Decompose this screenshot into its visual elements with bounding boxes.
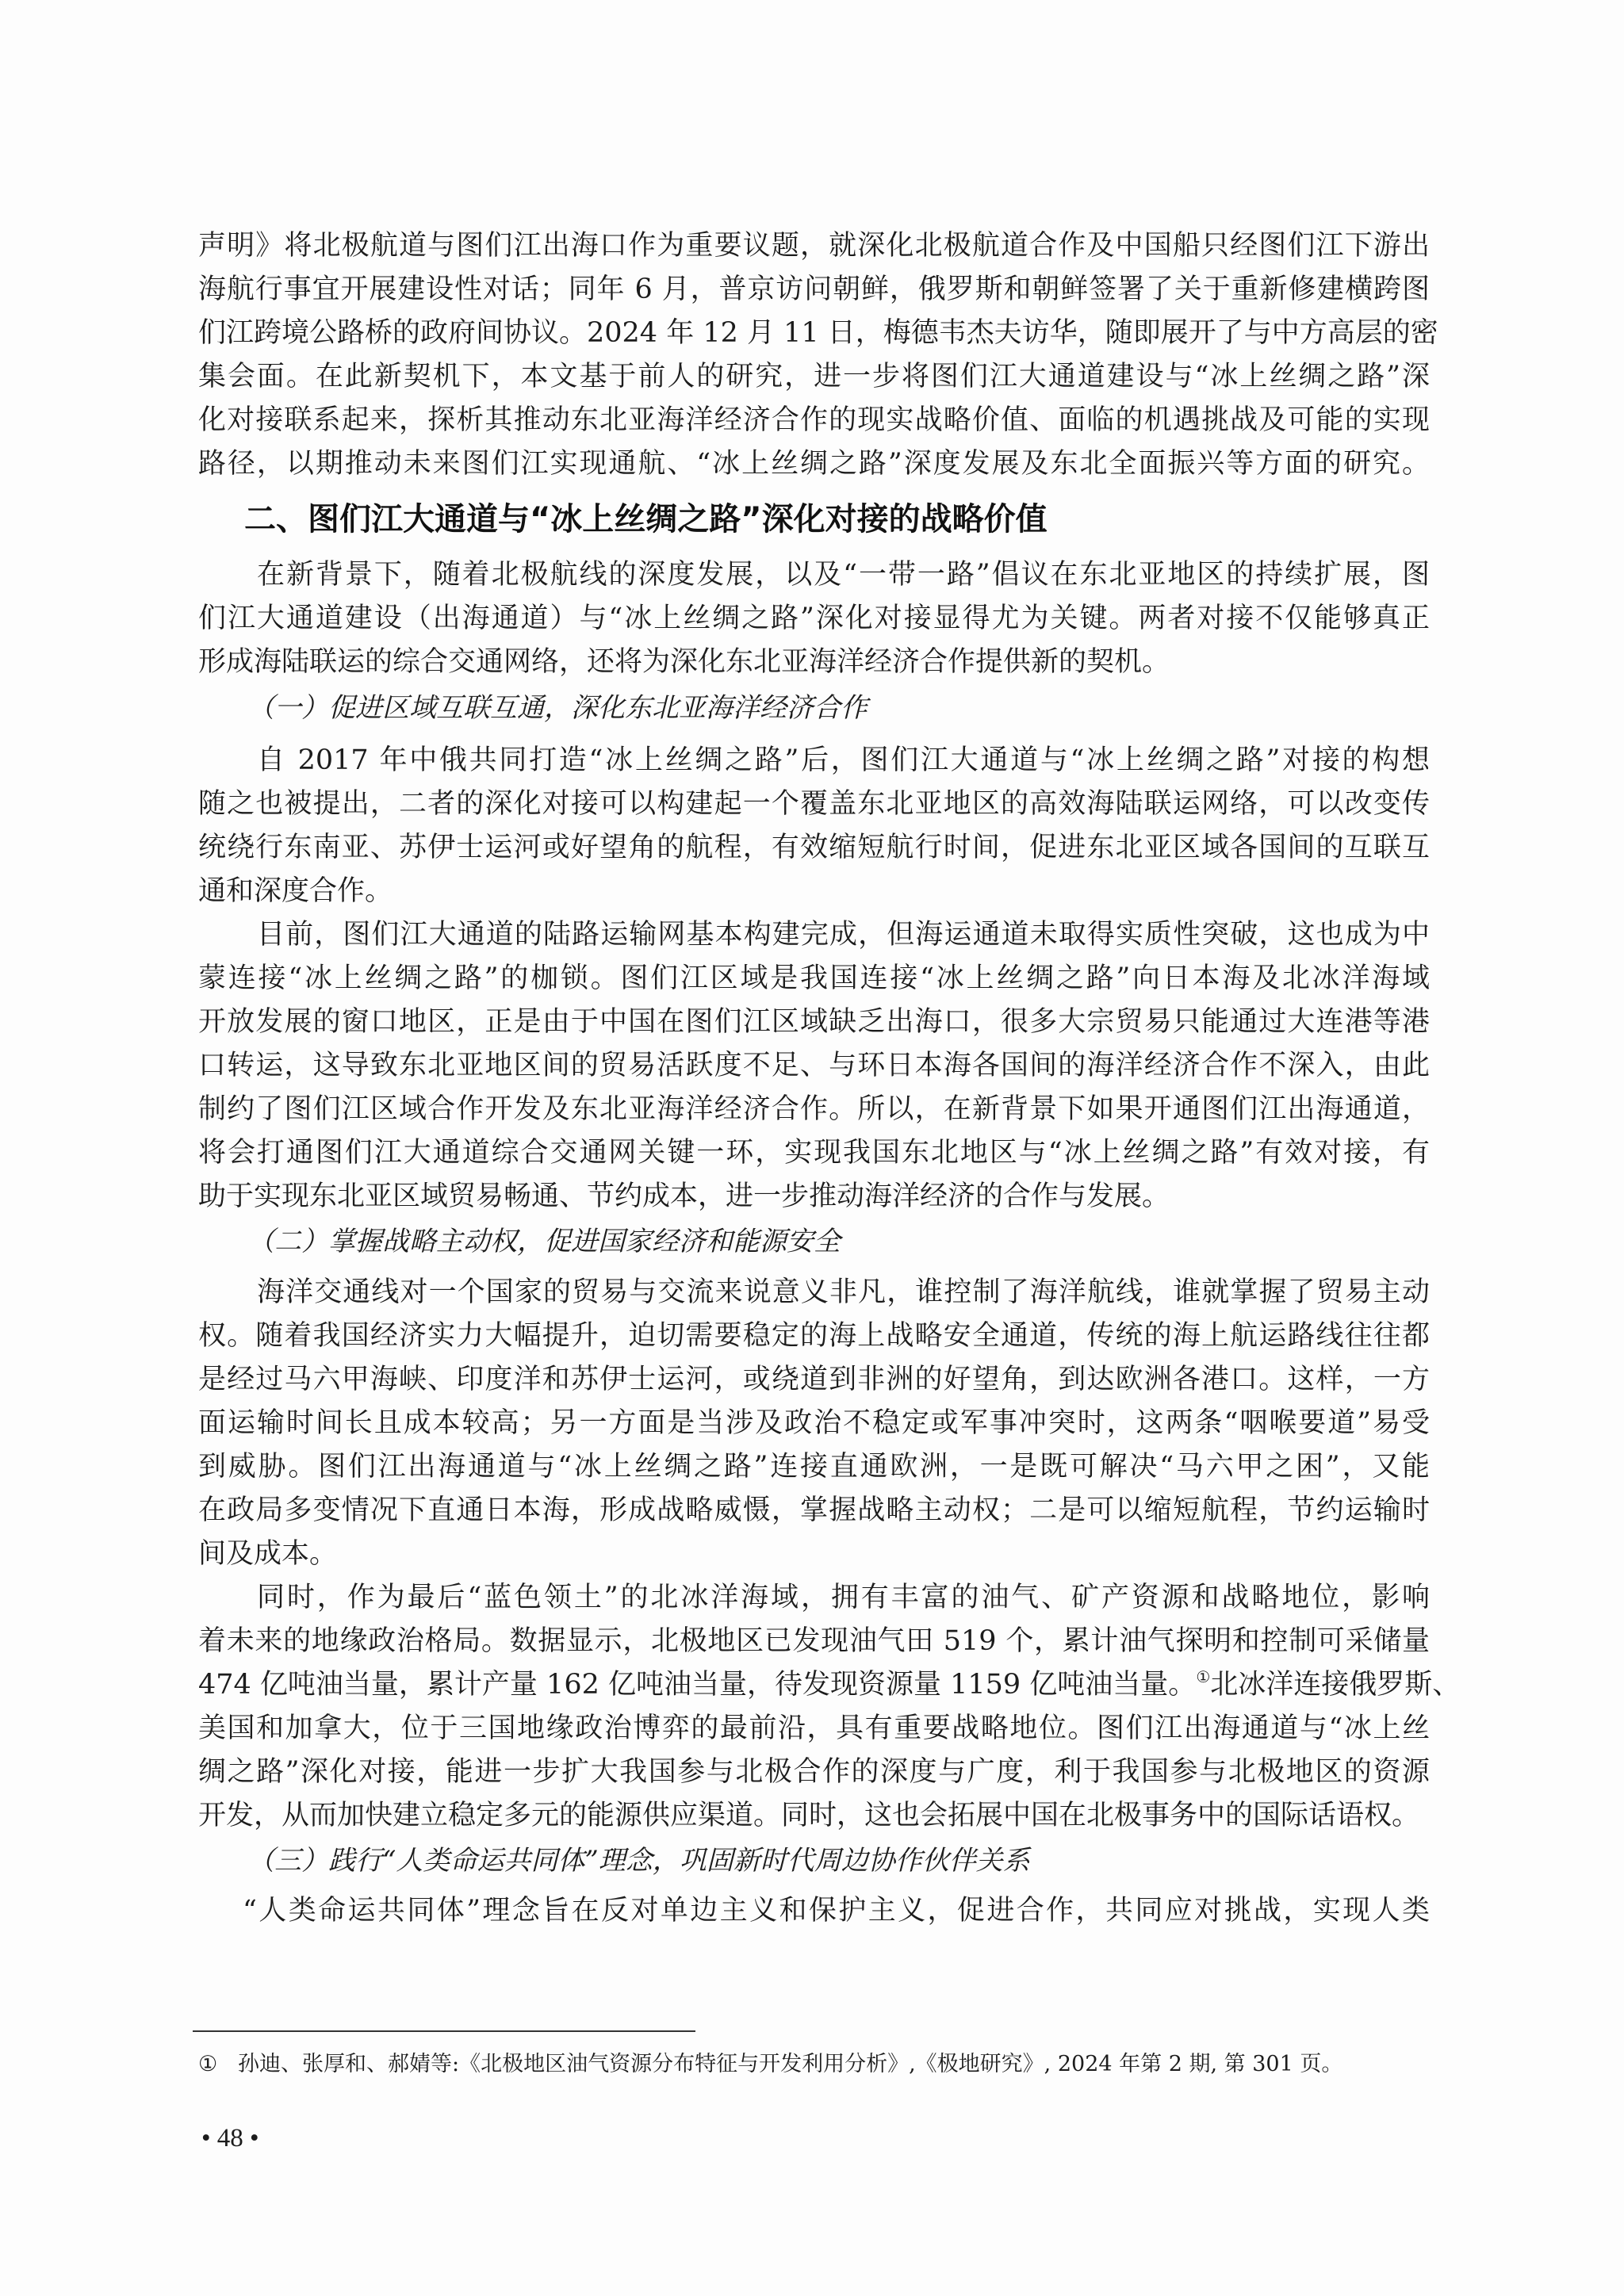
- text-line: 着未来的地缘政治格局。数据显示，北极地区已发现油气田 519 个，累计油气探明和…: [198, 1620, 1430, 1663]
- text-line: 助于实现东北亚区域贸易畅通、节约成本，进一步推动海洋经济的合作与发展。: [198, 1175, 1430, 1219]
- text-line: 是经过马六甲海峡、印度洋和苏伊士运河，或绕道到非洲的好望角，到达欧洲各港口。这样…: [198, 1358, 1430, 1402]
- subsection-heading: （一）促进区域互联互通，深化东北亚海洋经济合作: [247, 687, 868, 730]
- text-line: 随之也被提出，二者的深化对接可以构建起一个覆盖东北亚地区的高效海陆联运网络，可以…: [198, 783, 1430, 826]
- footnote-marker: ①: [198, 2047, 238, 2082]
- document-page: 声明》将北极航道与图们江出海口作为重要议题，就深化北极航道合作及中国船只经图们江…: [0, 0, 1624, 2296]
- text-line: 开发，从而加快建立稳定多元的能源供应渠道。同时，这也会拓展中国在北极事务中的国际…: [198, 1794, 1430, 1838]
- text-line: 间及成本。: [198, 1533, 1430, 1576]
- text-line: 到威胁。图们江出海通道与“冰上丝绸之路”连接直通欧洲，一是既可解决“马六甲之困”…: [198, 1445, 1430, 1489]
- page-number: • 48 •: [201, 2121, 259, 2156]
- section-heading: 二、图们江大通道与“冰上丝绸之路”深化对接的战略价值: [244, 496, 1048, 543]
- text-line: 将会打通图们江大通道综合交通网关键一环，实现我国东北地区与“冰上丝绸之路”有效对…: [198, 1131, 1430, 1175]
- text-line: 形成海陆联运的综合交通网络，还将为深化东北亚海洋经济合作提供新的契机。: [198, 641, 1430, 684]
- text-line: 474 亿吨油当量，累计产量 162 亿吨油当量，待发现资源量 1159 亿吨油…: [198, 1663, 1430, 1707]
- text-line: 化对接联系起来，探析其推动东北亚海洋经济合作的现实战略价值、面临的机遇挑战及可能…: [198, 399, 1430, 442]
- text-line: 面运输时间长且成本较高；另一方面是当涉及政治不稳定或军事冲突时，这两条“咽喉要道…: [198, 1402, 1430, 1445]
- footnote-text: 孙迪、张厚和、郝婧等:《北极地区油气资源分布特征与开发利用分析》,《极地研究》,…: [238, 2052, 1342, 2076]
- text-line: 海航行事宜开展建设性对话；同年 6 月，普京访问朝鲜，俄罗斯和朝鲜签署了关于重新…: [198, 268, 1430, 312]
- text-line: 同时，作为最后“蓝色领土”的北冰洋海域，拥有丰富的油气、矿产资源和战略地位，影响: [198, 1576, 1430, 1620]
- text-line: 在政局多变情况下直通日本海，形成战略威慑，掌握战略主动权；二是可以缩短航程，节约…: [198, 1489, 1430, 1533]
- footnote-reference-marker[interactable]: ①: [1196, 1667, 1210, 1686]
- text-line: 蒙连接“冰上丝绸之路”的枷锁。图们江区域是我国连接“冰上丝绸之路”向日本海及北冰…: [198, 957, 1430, 1001]
- subsection-heading: （二）掌握战略主动权，促进国家经济和能源安全: [247, 1220, 841, 1264]
- text-line: 自 2017 年中俄共同打造“冰上丝绸之路”后，图们江大通道与“冰上丝绸之路”对…: [198, 739, 1430, 783]
- footnote: ①孙迪、张厚和、郝婧等:《北极地区油气资源分布特征与开发利用分析》,《极地研究》…: [198, 2047, 1435, 2082]
- text-line: 路径，以期推动未来图们江实现通航、“冰上丝绸之路”深度发展及东北全面振兴等方面的…: [198, 442, 1430, 486]
- text-segment: 474 亿吨油当量，累计产量 162 亿吨油当量，待发现资源量 1159 亿吨油…: [198, 1669, 1196, 1701]
- text-segment: 北冰洋连接俄罗斯、: [1210, 1669, 1460, 1701]
- footnote-separator-rule: [193, 2030, 695, 2032]
- text-line: 声明》将北极航道与图们江出海口作为重要议题，就深化北极航道合作及中国船只经图们江…: [198, 224, 1430, 268]
- text-line: “人类命运共同体”理念旨在反对单边主义和保护主义，促进合作，共同应对挑战，实现人…: [198, 1889, 1430, 1933]
- text-line: 口转运，这导致东北亚地区间的贸易活跃度不足、与环日本海各国间的海洋经济合作不深入…: [198, 1044, 1430, 1088]
- text-line: 开放发展的窗口地区，正是由于中国在图们江区域缺乏出海口，很多大宗贸易只能通过大连…: [198, 1001, 1430, 1044]
- subsection-heading: （三）践行“人类命运共同体”理念，巩固新时代周边协作伙伴关系: [247, 1839, 1030, 1883]
- text-line: 目前，图们江大通道的陆路运输网基本构建完成，但海运通道未取得实质性突破，这也成为…: [198, 913, 1430, 957]
- text-line: 海洋交通线对一个国家的贸易与交流来说意义非凡，谁控制了海洋航线，谁就掌握了贸易主…: [198, 1271, 1430, 1314]
- text-line: 通和深度合作。: [198, 870, 1430, 913]
- text-line: 们江大通道建设（出海通道）与“冰上丝绸之路”深化对接显得尤为关键。两者对接不仅能…: [198, 597, 1430, 641]
- text-line: 制约了图们江区域合作开发及东北亚海洋经济合作。所以，在新背景下如果开通图们江出海…: [198, 1088, 1430, 1131]
- text-line: 美国和加拿大，位于三国地缘政治博弈的最前沿，具有重要战略地位。图们江出海通道与“…: [198, 1707, 1430, 1751]
- text-line: 统绕行东南亚、苏伊士运河或好望角的航程，有效缩短航行时间，促进东北亚区域各国间的…: [198, 826, 1430, 870]
- text-line: 绸之路”深化对接，能进一步扩大我国参与北极合作的深度与广度，利于我国参与北极地区…: [198, 1751, 1430, 1794]
- text-line: 权。随着我国经济实力大幅提升，迫切需要稳定的海上战略安全通道，传统的海上航运路线…: [198, 1314, 1430, 1358]
- text-line: 集会面。在此新契机下，本文基于前人的研究，进一步将图们江大通道建设与“冰上丝绸之…: [198, 355, 1430, 399]
- text-line: 们江跨境公路桥的政府间协议。2024 年 12 月 11 日，梅德韦杰夫访华，随…: [198, 312, 1430, 355]
- text-line: 在新背景下，随着北极航线的深度发展，以及“一带一路”倡议在东北亚地区的持续扩展，…: [198, 553, 1430, 597]
